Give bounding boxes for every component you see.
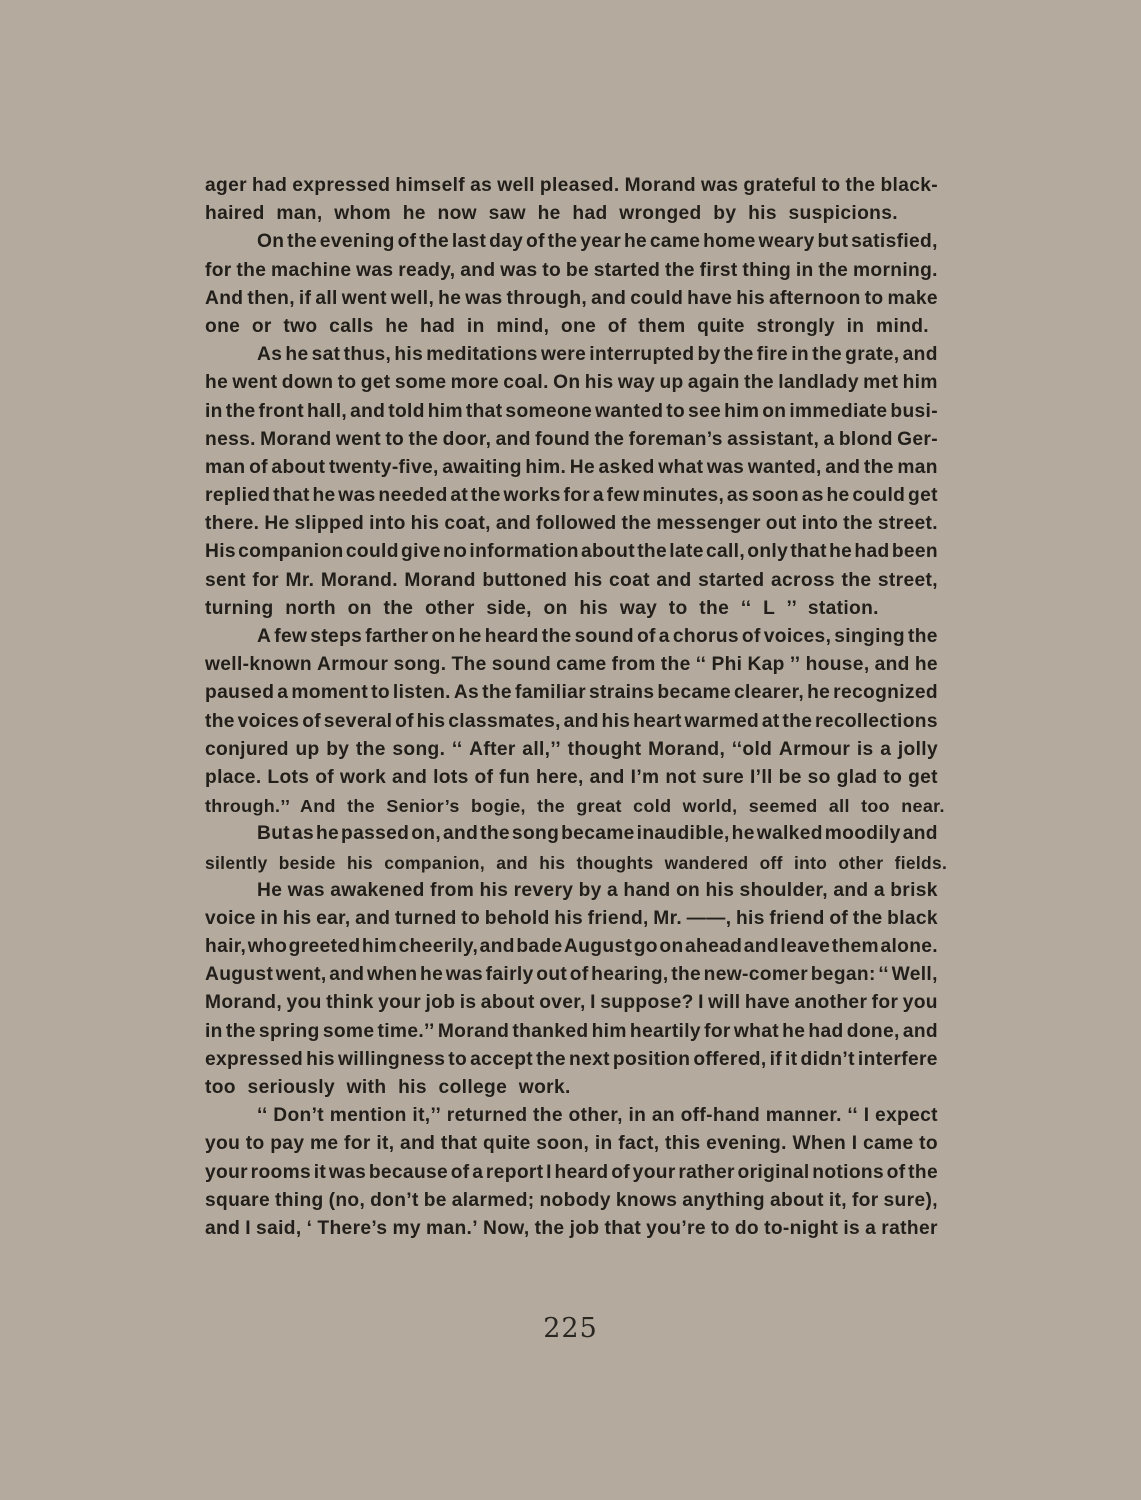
word: ‘‘: [878, 961, 889, 989]
word: you: [286, 989, 321, 1017]
word: over,: [539, 989, 586, 1017]
word: the: [542, 623, 572, 651]
word: he: [438, 285, 461, 313]
text-line: hewentdowntogetsomemorecoal.Onhiswayupag…: [205, 369, 938, 397]
word: was: [338, 482, 375, 510]
word: willingness: [338, 1046, 445, 1074]
word: As: [454, 679, 479, 707]
word: it: [314, 1159, 326, 1187]
word: day: [489, 228, 523, 256]
word: bade: [516, 933, 562, 961]
text-line: Augustwent,andwhenhewasfairlyoutofhearin…: [205, 961, 938, 989]
word: manner.: [766, 1102, 842, 1130]
word: there.: [205, 510, 259, 538]
word: minutes,: [642, 482, 724, 510]
page-number: 225: [0, 1313, 1141, 1344]
word: and: [329, 961, 364, 989]
word: for: [704, 1018, 731, 1046]
word: to: [666, 398, 685, 426]
text-line: youtopaymeforit,andthatquitesoon,infact,…: [205, 1130, 938, 1158]
word: rather: [678, 1159, 735, 1187]
paragraph: ‘‘Don’tmentionit,’’returnedtheother,inan…: [205, 1102, 938, 1243]
text-line: inthefronthall,andtoldhimthatsomeonewant…: [205, 398, 938, 426]
word: and: [903, 820, 938, 848]
word: found: [535, 426, 590, 454]
word: late: [669, 538, 703, 566]
word: ‘‘: [257, 1102, 268, 1130]
word: year: [580, 228, 621, 256]
word: he: [807, 679, 830, 707]
word: expressed: [292, 172, 390, 200]
word: jolly: [898, 736, 938, 764]
word: went: [232, 369, 277, 397]
word: the: [535, 1215, 565, 1243]
word: another: [794, 989, 867, 1017]
word: had: [252, 172, 287, 200]
word: himself: [395, 172, 465, 200]
word: Lots: [267, 764, 309, 792]
word: the: [226, 1018, 256, 1046]
word: knows: [616, 1187, 677, 1215]
word: in: [205, 1018, 223, 1046]
word: He: [257, 877, 282, 905]
word: black-: [880, 172, 938, 200]
word: new-comer: [704, 961, 808, 989]
word: some: [323, 1018, 375, 1046]
word: grateful: [743, 172, 816, 200]
word: to: [246, 1130, 265, 1158]
word: and: [355, 905, 390, 933]
word: fact,: [618, 1130, 659, 1158]
word: had: [808, 1018, 843, 1046]
word: quite: [483, 1130, 531, 1158]
word: and: [825, 454, 860, 482]
word: make: [887, 285, 937, 313]
word: report: [486, 1159, 544, 1187]
word: it,: [376, 1130, 394, 1158]
word: by: [698, 341, 721, 369]
word: for: [205, 257, 232, 285]
word: his: [394, 341, 423, 369]
word: not: [665, 764, 696, 792]
word: out: [536, 961, 567, 989]
word: the: [419, 228, 449, 256]
word: get: [908, 482, 938, 510]
word: came: [863, 1130, 913, 1158]
text-line: manofabouttwenty-five,awaitinghim.Heaske…: [205, 454, 938, 482]
word: warmed: [685, 708, 760, 736]
word: information: [469, 538, 578, 566]
word: of: [570, 961, 589, 989]
word: don’t: [370, 1187, 419, 1215]
word: companion: [238, 538, 344, 566]
text-line: expressedhiswillingnesstoacceptthenextpo…: [205, 1046, 938, 1074]
word: he: [420, 961, 443, 989]
word: do: [735, 1215, 759, 1243]
word: I: [590, 989, 596, 1017]
word: and: [496, 426, 531, 454]
word: to: [883, 764, 902, 792]
word: of: [637, 623, 656, 651]
word: strains: [589, 679, 654, 707]
word: ness.: [205, 426, 256, 454]
word: out: [766, 510, 797, 538]
word: fire: [757, 341, 788, 369]
word: to: [371, 679, 390, 707]
word: I: [698, 989, 704, 1017]
text-line: squarething(no,don’tbealarmed;nobodyknow…: [205, 1187, 938, 1215]
word: lots: [433, 764, 469, 792]
text-line: ‘‘Don’tmentionit,’’returnedtheother,inan…: [205, 1102, 938, 1130]
word: could: [852, 482, 905, 510]
word: became: [657, 679, 731, 707]
word: buttoned: [482, 567, 567, 595]
word: song.: [393, 651, 446, 679]
word: across: [771, 567, 835, 595]
text-line: place.Lotsofworkandlotsoffunhere,andI’mn…: [205, 764, 938, 792]
word: sound: [492, 651, 551, 679]
word: ‘‘old: [732, 736, 772, 764]
word: ——,: [687, 905, 732, 933]
word: awaiting: [442, 454, 522, 482]
word: ‘‘: [847, 1102, 858, 1130]
word: coat,: [444, 510, 491, 538]
word: from: [430, 877, 474, 905]
word: revery: [514, 877, 574, 905]
word: foreman’s: [629, 426, 723, 454]
word: leave: [780, 933, 830, 961]
text-line: andIsaid,‘There’smyman.’Now,thejobthatyo…: [205, 1215, 938, 1243]
word: the: [480, 820, 510, 848]
text-line: conjuredupbythesong.‘‘Afterall,’’thought…: [205, 736, 938, 764]
word: pleased.: [540, 172, 620, 200]
word: went,: [276, 961, 327, 989]
word: original: [738, 1159, 810, 1187]
word: suppose?: [600, 989, 693, 1017]
word: your: [378, 989, 421, 1017]
word: call,: [706, 538, 745, 566]
word: pay: [270, 1130, 304, 1158]
text-line: Butashepassedon,andthesongbecameinaudibl…: [205, 820, 938, 848]
word: in: [260, 905, 278, 933]
text-line: repliedthathewasneededattheworksforafewm…: [205, 482, 938, 510]
paragraph: Hewasawakenedfromhisreverybyahandonhissh…: [205, 877, 938, 1103]
word: notions: [812, 1159, 884, 1187]
paragraph: Ontheeveningofthelastdayoftheyearhecameh…: [205, 228, 938, 341]
word: the: [471, 482, 501, 510]
word: the: [812, 341, 842, 369]
word: walked: [757, 820, 823, 848]
word: wanted,: [748, 454, 822, 482]
word: paused: [205, 679, 274, 707]
word: awakened: [330, 877, 425, 905]
word: interrupted: [589, 341, 694, 369]
word: heart: [633, 708, 682, 736]
word: him: [903, 369, 938, 397]
text-line: Ashesatthus,hismeditationswereinterrupte…: [205, 341, 938, 369]
word: started: [594, 257, 660, 285]
word: There’s: [317, 1215, 387, 1243]
word: the: [548, 228, 578, 256]
text-line: ness.Morandwenttothedoor,andfoundthefore…: [205, 426, 938, 454]
word: was: [707, 454, 744, 482]
paragraph: Afewstepsfartheronheheardthesoundofachor…: [205, 623, 938, 820]
word: the: [908, 623, 938, 651]
paragraph: agerhadexpressedhimselfaswellpleased.Mor…: [205, 172, 938, 228]
word: your: [205, 1159, 248, 1187]
word: ‘‘: [452, 736, 463, 764]
word: satisfied,: [851, 228, 938, 256]
word: busi-: [890, 398, 938, 426]
word: some: [395, 369, 447, 397]
word: fairly: [486, 961, 534, 989]
word: sent: [205, 567, 246, 595]
word: moodily: [825, 820, 901, 848]
word: ager: [205, 172, 247, 200]
word: and: [350, 398, 385, 426]
word: morning.: [853, 257, 938, 285]
text-line: sentforMr.Morand.Morandbuttonedhiscoatan…: [205, 567, 938, 595]
word: didn’t: [801, 1046, 855, 1074]
text-line: too seriously with his college work.: [205, 1074, 938, 1102]
word: and: [392, 764, 427, 792]
word: of: [398, 228, 417, 256]
word: August: [205, 961, 273, 989]
word: ear,: [316, 905, 350, 933]
word: about: [271, 454, 325, 482]
word: A: [257, 623, 271, 651]
paragraph: Butashepassedon,andthesongbecameinaudibl…: [205, 820, 938, 876]
word: to-night: [764, 1215, 838, 1243]
word: through,: [507, 285, 588, 313]
word: this: [665, 1130, 701, 1158]
word: clearer,: [734, 679, 804, 707]
word: when: [367, 961, 417, 989]
word: to: [385, 426, 404, 454]
word: from: [612, 651, 656, 679]
word: he: [205, 369, 228, 397]
word: the: [356, 736, 386, 764]
word: could: [630, 285, 683, 313]
word: and: [590, 764, 625, 792]
word: a: [277, 679, 288, 707]
word: front: [259, 398, 304, 426]
word: I: [852, 1130, 858, 1158]
word: heard: [485, 623, 539, 651]
word: him: [362, 933, 397, 961]
word: to: [542, 257, 561, 285]
word: Morand.: [321, 567, 398, 595]
word: think: [326, 989, 374, 1017]
word: is: [843, 1215, 860, 1243]
word: have: [687, 285, 732, 313]
word: was: [288, 877, 325, 905]
word: cheerily,: [399, 933, 479, 961]
word: Morand,: [205, 989, 282, 1017]
word: about: [770, 1187, 824, 1215]
word: the: [782, 708, 812, 736]
word: of: [611, 1159, 630, 1187]
word: in: [796, 257, 814, 285]
word: were: [541, 341, 586, 369]
word: the: [533, 1102, 563, 1130]
word: the: [846, 172, 876, 200]
text-line: silently beside his companion, and his t…: [205, 849, 938, 877]
word: and: [400, 1130, 435, 1158]
word: sat: [312, 341, 341, 369]
word: heard: [555, 1159, 609, 1187]
text-line: hair,whogreetedhimcheerily,andbadeAugust…: [205, 933, 938, 961]
word: went: [336, 426, 381, 454]
word: hearing,: [591, 961, 668, 989]
word: a: [607, 877, 618, 905]
text-line: Ontheeveningofthelastdayoftheyearhecameh…: [205, 228, 938, 256]
word: again: [688, 369, 740, 397]
word: alarmed;: [452, 1187, 535, 1215]
word: his: [554, 905, 583, 933]
word: a: [880, 736, 891, 764]
word: an: [652, 1102, 675, 1130]
word: street,: [878, 567, 938, 595]
word: slipped: [295, 510, 365, 538]
word: you: [205, 1130, 240, 1158]
word: moment: [291, 679, 368, 707]
word: afternoon: [769, 285, 861, 313]
text-line: voiceinhisear,andturnedtobeholdhisfriend…: [205, 905, 938, 933]
word: listen.: [393, 679, 451, 707]
word: went: [342, 285, 387, 313]
word: to: [338, 369, 357, 397]
word: expressed: [205, 1046, 303, 1074]
word: a: [659, 623, 670, 651]
word: hand: [623, 877, 670, 905]
word: to: [448, 1046, 467, 1074]
word: he: [782, 1018, 805, 1046]
word: the: [724, 341, 754, 369]
word: way: [618, 369, 655, 397]
word: his: [736, 905, 765, 933]
word: alone.: [880, 933, 938, 961]
word: the: [594, 426, 624, 454]
word: shoulder,: [740, 877, 828, 905]
word: coat: [609, 567, 650, 595]
word: grate,: [845, 341, 899, 369]
word: by: [579, 877, 602, 905]
word: Now,: [483, 1215, 530, 1243]
word: you’re: [646, 1215, 706, 1243]
word: square: [205, 1187, 270, 1215]
word: of: [315, 764, 334, 792]
word: few: [607, 482, 640, 510]
word: was: [465, 285, 502, 313]
word: evening.: [706, 1130, 787, 1158]
word: the: [843, 510, 873, 538]
text-line: one or two calls he had in mind, one of …: [205, 313, 938, 341]
word: off-hand: [681, 1102, 761, 1130]
word: passed: [341, 820, 409, 848]
text-line: Andthen,ifallwentwell,hewasthrough,andco…: [205, 285, 938, 313]
word: time.’’: [378, 1018, 435, 1046]
word: about: [581, 538, 635, 566]
word: I: [546, 1159, 552, 1187]
word: his: [736, 285, 765, 313]
word: August: [564, 933, 632, 961]
word: the: [622, 510, 652, 538]
word: what: [658, 454, 703, 482]
word: that: [273, 482, 310, 510]
word: be: [566, 257, 589, 285]
word: the: [744, 369, 774, 397]
word: first: [700, 257, 738, 285]
word: recollections: [815, 708, 938, 736]
word: his: [602, 708, 631, 736]
word: and: [460, 257, 495, 285]
word: to: [461, 905, 480, 933]
word: of: [302, 708, 321, 736]
word: nobody: [539, 1187, 610, 1215]
word: him: [592, 1018, 627, 1046]
word: rather: [881, 1215, 938, 1243]
word: he: [826, 482, 849, 510]
word: my: [393, 1215, 421, 1243]
word: Ger-: [897, 426, 938, 454]
word: sure),: [884, 1187, 938, 1215]
word: have: [745, 989, 790, 1017]
word: After: [469, 736, 516, 764]
word: on,: [411, 820, 441, 848]
word: and: [205, 1215, 240, 1243]
word: ’’: [790, 651, 801, 679]
word: in: [595, 1130, 613, 1158]
word: and: [833, 877, 868, 905]
word: Morand: [404, 567, 475, 595]
word: the: [853, 905, 883, 933]
word: at: [450, 482, 468, 510]
text-line: yourroomsitwasbecauseofareportIheardofyo…: [205, 1159, 938, 1187]
word: Well,: [892, 961, 938, 989]
word: because: [369, 1159, 448, 1187]
word: well-known: [205, 651, 312, 679]
word: that: [466, 398, 503, 426]
word: was: [356, 257, 393, 285]
word: returned: [447, 1102, 528, 1130]
word: and: [744, 933, 779, 961]
word: on: [659, 933, 683, 961]
word: Morand,: [648, 736, 725, 764]
word: thing: [275, 1187, 324, 1215]
word: the: [482, 679, 512, 707]
word: is: [460, 989, 477, 1017]
word: His: [205, 538, 236, 566]
word: soon,: [536, 1130, 589, 1158]
word: coal.: [503, 369, 548, 397]
word: I: [864, 1102, 870, 1130]
word: thing: [742, 257, 791, 285]
word: was: [500, 257, 537, 285]
word: had: [854, 538, 889, 566]
word: a: [865, 1215, 876, 1243]
word: for: [852, 1187, 879, 1215]
word: thanked: [512, 1018, 588, 1046]
word: started: [698, 567, 764, 595]
word: more: [451, 369, 499, 397]
word: to: [919, 1130, 938, 1158]
word: man: [897, 454, 938, 482]
word: in: [791, 341, 809, 369]
text-line: there.Heslippedintohiscoat,andfollowedth…: [205, 510, 938, 538]
word: been: [892, 538, 938, 566]
word: needed: [378, 482, 447, 510]
